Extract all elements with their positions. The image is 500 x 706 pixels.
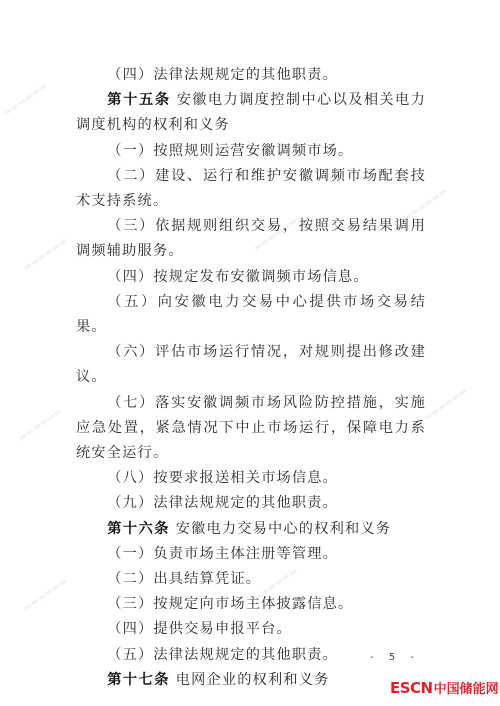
paragraph-text: 电网企业的权利和义务 <box>170 672 330 688</box>
article-heading: 第十五条 <box>107 92 171 108</box>
logo-latin-text: ESCN <box>390 679 433 697</box>
paragraph-text: （四）法律法规规定的其他职责。 <box>107 67 338 83</box>
paragraph: （三）按规定向市场主体披露信息。 <box>76 592 426 617</box>
page-number: - 5 - <box>370 652 420 663</box>
watermark: ▬▬▬▬▬▬ <box>22 236 70 273</box>
article-heading: 第十七条 <box>107 672 170 688</box>
paragraph: 第十六条 安徽电力交易中心的权利和义务 <box>76 517 426 542</box>
document-page: ▬▬▬▬▬▬ ▬▬▬▬▬▬ ▬▬▬▬▬▬ ▬▬▬▬▬▬ ▬▬▬▬▬▬ ▬▬▬▬▬… <box>0 0 500 706</box>
paragraph-text: （二）建设、运行和维护安徽调频市场配套技术支持系统。 <box>76 168 426 209</box>
paragraph-text: （七）落实安徽调频市场风险防控措施，实施应急处置，紧急情况下中止市场运行，保障电… <box>76 395 426 461</box>
document-body: （四）法律法规规定的其他职责。 第十五条 安徽电力调度控制中心以及相关电力调度机… <box>76 63 426 693</box>
paragraph: （四）按规定发布安徽调频市场信息。 <box>76 265 426 290</box>
paragraph: （六）评估市场运行情况，对规则提出修改建议。 <box>76 340 426 390</box>
paragraph-text: （一）按照规则运营安徽调频市场。 <box>107 143 353 159</box>
paragraph: （七）落实安徽调频市场风险防控措施，实施应急处置，紧急情况下中止市场运行，保障电… <box>76 391 426 467</box>
paragraph-text: （二）出具结算凭证。 <box>107 571 261 587</box>
watermark: ▬▬▬▬▬▬ <box>17 406 65 443</box>
paragraph: （四）提供交易申报平台。 <box>76 617 426 642</box>
paragraph-text: （九）法律法规规定的其他职责。 <box>107 495 338 511</box>
paragraph-text: （四）按规定发布安徽调频市场信息。 <box>107 269 369 285</box>
paragraph-text: （一）负责市场主体注册等管理。 <box>107 546 338 562</box>
paragraph: 第十五条 安徽电力调度控制中心以及相关电力调度机构的权利和义务 <box>76 88 426 138</box>
paragraph: （八）按要求报送相关市场信息。 <box>76 466 426 491</box>
paragraph-text: （六）评估市场运行情况，对规则提出修改建议。 <box>76 344 426 385</box>
watermark: ▬▬▬▬▬▬ <box>422 386 470 423</box>
paragraph-text: （八）按要求报送相关市场信息。 <box>107 470 338 486</box>
paragraph: （一）按照规则运营安徽调频市场。 <box>76 139 426 164</box>
article-heading: 第十六条 <box>107 521 170 537</box>
paragraph-text: （三）按规定向市场主体披露信息。 <box>107 596 353 612</box>
paragraph: （二）出具结算凭证。 <box>76 567 426 592</box>
logo-cjk-text: 中国储能网 <box>434 678 499 697</box>
escn-logo: ESCN 中国储能网 <box>390 678 499 697</box>
paragraph: 第十七条 电网企业的权利和义务 <box>76 668 426 693</box>
paragraph-text: （五）法律法规规定的其他职责。 <box>107 647 338 663</box>
paragraph-text: （四）提供交易申报平台。 <box>107 621 292 637</box>
paragraph-text: （五）向安徽电力交易中心提供市场交易结果。 <box>76 294 426 335</box>
paragraph: （四）法律法规规定的其他职责。 <box>76 63 426 88</box>
paragraph: （二）建设、运行和维护安徽调频市场配套技术支持系统。 <box>76 164 426 214</box>
watermark: ▬▬▬▬▬▬ <box>2 81 50 118</box>
paragraph-text: （三）依据规则组织交易，按照交易结果调用调频辅助服务。 <box>76 218 426 259</box>
watermark: ▬▬▬▬▬▬ <box>22 576 70 613</box>
paragraph: （五）向安徽电力交易中心提供市场交易结果。 <box>76 290 426 340</box>
paragraph-text: 安徽电力交易中心的权利和义务 <box>170 521 391 537</box>
paragraph: （九）法律法规规定的其他职责。 <box>76 491 426 516</box>
paragraph: （一）负责市场主体注册等管理。 <box>76 542 426 567</box>
paragraph: （三）依据规则组织交易，按照交易结果调用调频辅助服务。 <box>76 214 426 264</box>
